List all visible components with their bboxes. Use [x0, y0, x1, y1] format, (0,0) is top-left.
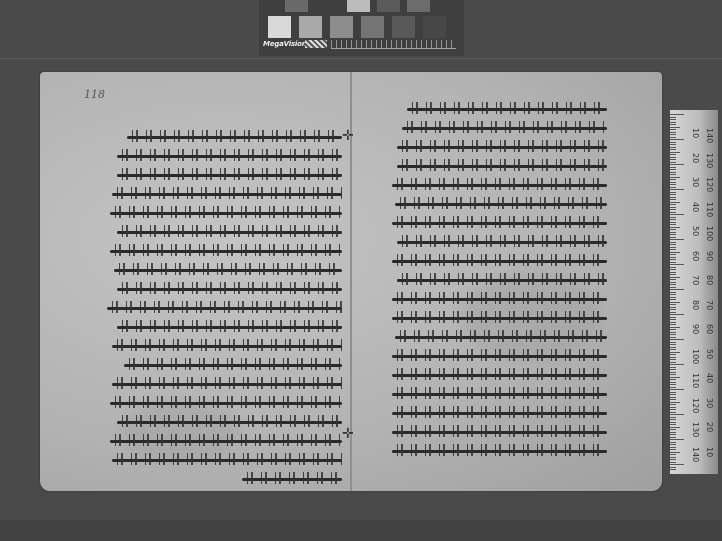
- text-line: [382, 404, 607, 423]
- text-line: [92, 299, 342, 318]
- handwritten-line-ink: [242, 478, 342, 481]
- handwritten-line-ink: [395, 336, 607, 339]
- ruler-label: 60: [691, 251, 700, 261]
- handwritten-line-ink: [397, 165, 607, 168]
- ruler-label: 40: [691, 202, 700, 212]
- handwritten-line-ink: [124, 364, 342, 367]
- ruler-label: 130: [705, 153, 714, 168]
- backdrop-bottom: [0, 520, 722, 541]
- handwritten-line-ink: [117, 174, 342, 177]
- handwritten-line-ink: [110, 402, 342, 405]
- text-line: [92, 166, 342, 185]
- text-line: [92, 185, 342, 204]
- ruler-label: 90: [691, 324, 700, 334]
- text-line: [382, 119, 607, 138]
- ruler-label: 10: [691, 128, 700, 138]
- handwritten-line-ink: [397, 146, 607, 149]
- ruler-label: 100: [705, 226, 714, 241]
- text-line: [382, 100, 607, 119]
- text-line: [92, 394, 342, 413]
- left-page-text: [92, 128, 342, 489]
- ruler-label: 10: [705, 447, 714, 457]
- text-line: [92, 280, 342, 299]
- ruler-label: 110: [705, 202, 714, 217]
- gray-patch: [361, 16, 384, 38]
- megavision-label: MegaVision: [263, 40, 307, 48]
- ruler-label: 120: [691, 398, 700, 413]
- text-line: [382, 252, 607, 271]
- handwritten-line-ink: [392, 393, 607, 396]
- handwritten-line-ink: [395, 203, 607, 206]
- text-line: [92, 318, 342, 337]
- text-line: [92, 375, 342, 394]
- text-line: [92, 451, 342, 470]
- right-page-text: [382, 100, 607, 461]
- handwritten-line-ink: [392, 317, 607, 320]
- ruler-label: 120: [705, 177, 714, 192]
- ruler-label: 80: [705, 275, 714, 285]
- ruler-label: 100: [691, 349, 700, 364]
- gray-patch: [377, 0, 400, 12]
- text-line: [92, 128, 342, 147]
- text-line: [382, 366, 607, 385]
- gray-patch: [268, 16, 291, 38]
- ruler-label: 80: [691, 300, 700, 310]
- handwritten-line-ink: [114, 269, 342, 272]
- ruler-label: 70: [691, 275, 700, 285]
- gray-patch: [330, 16, 353, 38]
- handwritten-line-ink: [392, 260, 607, 263]
- manuscript-spread: 118 ✛ ✛: [40, 72, 662, 491]
- ruler-label: 30: [705, 398, 714, 408]
- handwritten-line-ink: [392, 374, 607, 377]
- text-line: [382, 328, 607, 347]
- handwritten-line-ink: [110, 440, 342, 443]
- handwritten-line-ink: [107, 307, 342, 310]
- handwritten-line-ink: [117, 155, 342, 158]
- text-line: [382, 290, 607, 309]
- text-line: [92, 261, 342, 280]
- gray-patch: [407, 0, 430, 12]
- handwritten-line-ink: [112, 193, 342, 196]
- text-line: [382, 271, 607, 290]
- handwritten-line-ink: [397, 279, 607, 282]
- text-line: [382, 214, 607, 233]
- ruler-label: 30: [691, 177, 700, 187]
- handwritten-line-ink: [392, 184, 607, 187]
- handwritten-line-ink: [112, 345, 342, 348]
- ruler-label: 40: [705, 373, 714, 383]
- handwritten-line-ink: [402, 127, 607, 130]
- megavision-logo-icon: [305, 40, 327, 48]
- text-line: [382, 157, 607, 176]
- text-line: [92, 147, 342, 166]
- handwritten-line-ink: [392, 298, 607, 301]
- text-line: [92, 223, 342, 242]
- gray-patch: [299, 16, 322, 38]
- text-line: [92, 204, 342, 223]
- ruler-label: 130: [691, 422, 700, 437]
- text-line: [92, 337, 342, 356]
- text-line: [382, 385, 607, 404]
- ruler-label: 20: [691, 153, 700, 163]
- handwritten-line-ink: [407, 108, 607, 111]
- ruler-label: 20: [705, 422, 714, 432]
- text-line: [92, 413, 342, 432]
- ruler-label: 140: [691, 447, 700, 462]
- text-line: [382, 195, 607, 214]
- handwritten-line-ink: [392, 222, 607, 225]
- ruler-label: 70: [705, 300, 714, 310]
- handwritten-line-ink: [110, 250, 342, 253]
- text-line: [92, 432, 342, 451]
- text-line: [382, 176, 607, 195]
- text-line: [382, 423, 607, 442]
- handwritten-line-ink: [397, 241, 607, 244]
- handwritten-line-ink: [127, 136, 342, 139]
- text-line: [92, 356, 342, 375]
- measuring-ruler: 1020304050607080901001101201301401401301…: [670, 110, 718, 474]
- handwritten-line-ink: [392, 412, 607, 415]
- handwritten-line-ink: [117, 288, 342, 291]
- handwritten-line-ink: [117, 421, 342, 424]
- ruler-label: 50: [691, 226, 700, 236]
- gray-patch: [285, 0, 308, 12]
- text-line: [382, 138, 607, 157]
- handwritten-line-ink: [392, 450, 607, 453]
- calibration-scale: [331, 40, 456, 49]
- text-line: [382, 442, 607, 461]
- ruler-label: 140: [705, 128, 714, 143]
- ruler-label: 60: [705, 324, 714, 334]
- gray-patch: [423, 16, 446, 38]
- folio-number: 118: [84, 88, 105, 101]
- ruler-label: 50: [705, 349, 714, 359]
- gutter-cross-mark: ✛: [342, 426, 354, 442]
- gray-patch: [392, 16, 415, 38]
- backdrop-seam: [0, 58, 722, 59]
- text-line: [92, 470, 342, 489]
- handwritten-line-ink: [392, 431, 607, 434]
- text-line: [382, 233, 607, 252]
- handwritten-line-ink: [117, 231, 342, 234]
- ruler-label: 110: [691, 373, 700, 388]
- text-line: [92, 242, 342, 261]
- handwritten-line-ink: [110, 212, 342, 215]
- handwritten-line-ink: [392, 355, 607, 358]
- text-line: [382, 347, 607, 366]
- gutter-cross-mark: ✛: [342, 128, 354, 144]
- text-line: [382, 309, 607, 328]
- handwritten-line-ink: [112, 459, 342, 462]
- handwritten-line-ink: [117, 326, 342, 329]
- gray-patch: [347, 0, 370, 12]
- handwritten-line-ink: [112, 383, 342, 386]
- ruler-label: 90: [705, 251, 714, 261]
